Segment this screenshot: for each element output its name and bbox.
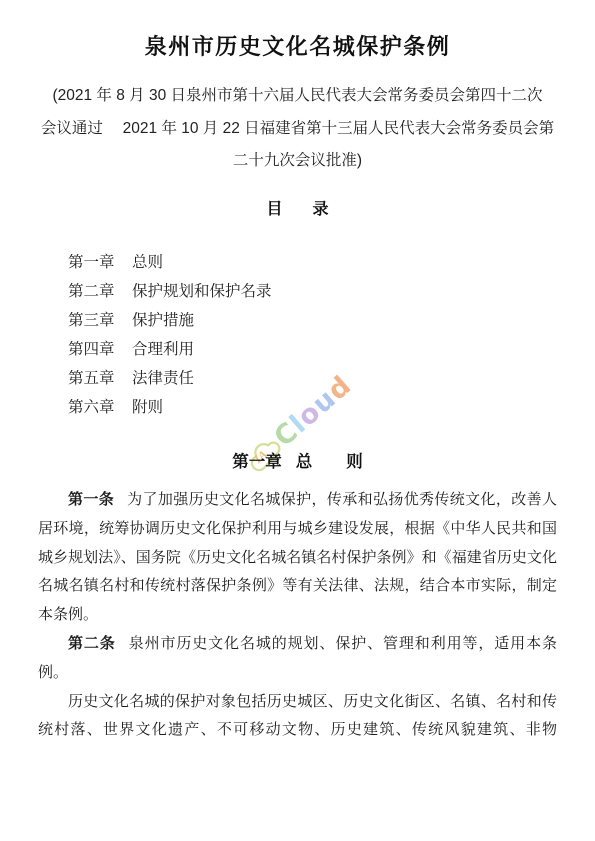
toc-item: 第一章总则 [68,248,272,277]
toc-heading-char1: 目 [266,201,282,218]
toc-item: 第二章保护规划和保护名录 [68,277,272,306]
document-title: 泉州市历史文化名城保护条例 [0,32,595,62]
subtitle-line: (2021 年 8 月 30 日泉州市第十六届人民代表大会常务委员会第四十二次 [0,80,595,113]
toc-chapter-number: 第三章 [68,306,116,335]
chapter-one-heading: 第一章总则 [0,450,595,474]
chapter-number: 第一章 [232,452,282,471]
toc-heading-char2: 录 [313,201,329,218]
article-1-text: 为了加强历史文化名城保护，传承和弘扬优秀传统文化，改善人居环境，统筹协调历史文化… [38,492,557,623]
toc-chapter-number: 第二章 [68,277,116,306]
article-2-label: 第二条 [68,636,116,652]
watermark-letter: C [268,416,304,453]
watermark-letter: d [322,369,358,406]
toc-chapter-number: 第五章 [68,364,116,393]
article-2-continuation-paragraph: 历史文化名城的保护对象包括历史城区、历史文化街区、名镇、名村和传统村落、世界文化… [38,688,557,746]
toc-item: 第三章保护措施 [68,306,272,335]
article-1-paragraph: 第一条为了加强历史文化名城保护，传承和弘扬优秀传统文化，改善人居环境，统筹协调历… [38,486,557,630]
article-2-paragraph: 第二条泉州市历史文化名城的规划、保护、管理和利用等，适用本条例。 [38,630,557,688]
toc-chapter-title: 保护规划和保护名录 [132,277,272,306]
document-page: IA Cloud 泉州市历史文化名城保护条例 (2021 年 8 月 30 日泉… [0,0,595,841]
watermark-text: Cloud [269,371,356,451]
toc-heading: 目录 [0,198,595,221]
toc-chapter-number: 第六章 [68,393,116,422]
subtitle-line: 会议通过 2021 年 10 月 22 日福建省第十三届人民代表大会常务委员会第 [0,113,595,146]
toc-chapter-title: 法律责任 [132,364,194,393]
toc-chapter-title: 合理利用 [132,335,194,364]
toc-list: 第一章总则第二章保护规划和保护名录第三章保护措施第四章合理利用第五章法律责任第六… [68,248,272,422]
document-subtitle: (2021 年 8 月 30 日泉州市第十六届人民代表大会常务委员会第四十二次会… [0,80,595,178]
toc-chapter-number: 第一章 [68,248,116,277]
toc-chapter-number: 第四章 [68,335,116,364]
toc-item: 第四章合理利用 [68,335,272,364]
toc-item: 第五章法律责任 [68,364,272,393]
watermark-letter: o [292,396,327,432]
article-body: 第一条为了加强历史文化名城保护，传承和弘扬优秀传统文化，改善人居环境，统筹协调历… [38,486,557,745]
subtitle-line: 二十九次会议批准) [0,145,595,178]
chapter-name-char2: 则 [346,452,363,471]
article-1-label: 第一条 [68,492,114,508]
chapter-name-char1: 总 [296,452,313,471]
toc-chapter-title: 总则 [132,248,163,277]
watermark-letter: u [306,383,342,420]
paragraph-3-text: 历史文化名城的保护对象包括历史城区、历史文化街区、名镇、名村和传统村落、世界文化… [38,694,557,739]
toc-chapter-title: 保护措施 [132,306,194,335]
toc-item: 第六章附则 [68,393,272,422]
watermark-letter: l [284,409,312,439]
toc-chapter-title: 附则 [132,393,163,422]
